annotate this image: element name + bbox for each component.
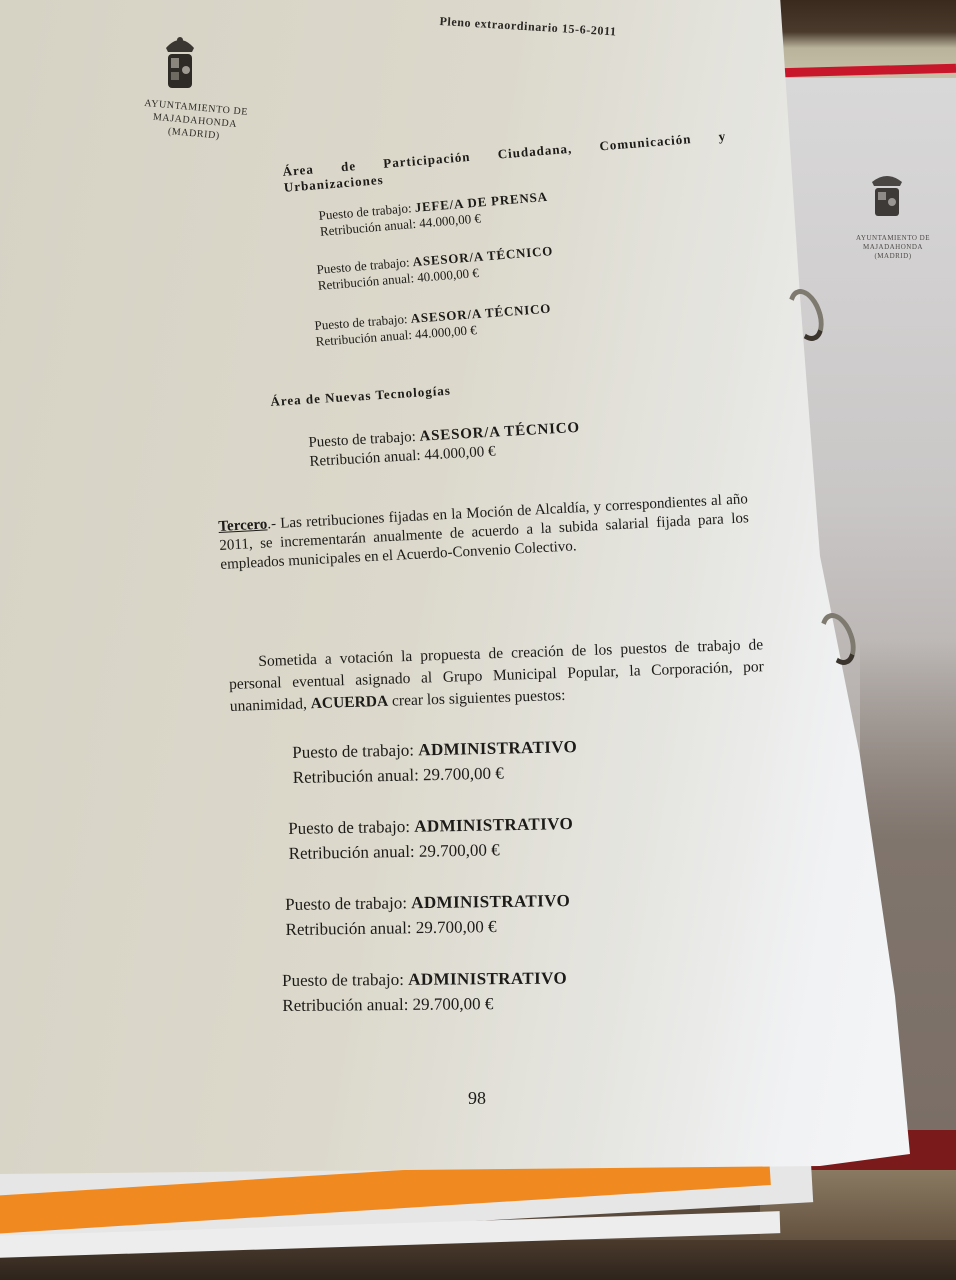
vote-paragraph: Sometida a votación la propuesta de crea… <box>228 634 765 718</box>
tercero-heading: Tercero <box>218 516 268 535</box>
position-entry: Puesto de trabajo: ASESOR/A TÉCNICO Retr… <box>308 419 581 472</box>
position-entry: Puesto de trabajo: ASESOR/A TÉCNICO Retr… <box>316 243 555 294</box>
document-header: Pleno extraordinario 15-6-2011 <box>439 14 617 39</box>
created-position-entry: Puesto de trabajo: ADMINISTRATIVO Retrib… <box>288 811 574 866</box>
position-entry: Puesto de trabajo: JEFE/A DE PRENSA Retr… <box>318 189 550 240</box>
salary-value: 29.700,00 € <box>423 764 504 785</box>
area-heading-participacion: Área de Participación Ciudadana, Comunic… <box>282 128 733 196</box>
acuerda-keyword: ACUERDA <box>310 693 388 713</box>
tercero-text: Las retribuciones fijadas en la Moción d… <box>219 491 749 573</box>
issuer-name: AYUNTAMIENTO DE MAJADAHONDA (MADRID) <box>109 94 282 148</box>
coat-of-arms-icon <box>160 34 200 96</box>
page-number: 98 <box>468 1088 486 1109</box>
tercero-paragraph: Tercero.- Las retribuciones fijadas en l… <box>218 490 750 575</box>
coat-of-arms-icon <box>864 170 910 226</box>
created-position-entry: Puesto de trabajo: ADMINISTRATIVO Retrib… <box>282 966 567 1018</box>
background-issuer-name: AYUNTAMIENTO DE MAJADAHONDA (MADRID) <box>830 234 956 261</box>
position-title: ADMINISTRATIVO <box>408 969 567 989</box>
area-heading-nuevas-tecnologias: Área de Nuevas Tecnologías <box>270 383 451 410</box>
created-position-entry: Puesto de trabajo: ADMINISTRATIVO Retrib… <box>292 734 578 790</box>
salary-value: 44.000,00 € <box>415 322 478 341</box>
salary-value: 29.700,00 € <box>413 994 494 1014</box>
salary-value: 29.700,00 € <box>416 917 497 937</box>
position-title: ADMINISTRATIVO <box>418 737 577 759</box>
position-title: ADMINISTRATIVO <box>414 814 573 836</box>
created-position-entry: Puesto de trabajo: ADMINISTRATIVO Retrib… <box>285 888 571 942</box>
salary-value: 29.700,00 € <box>419 840 500 860</box>
salary-value: 44.000,00 € <box>424 444 496 464</box>
position-entry: Puesto de trabajo: ASESOR/A TÉCNICO Retr… <box>314 301 553 350</box>
position-title: ADMINISTRATIVO <box>411 891 570 912</box>
